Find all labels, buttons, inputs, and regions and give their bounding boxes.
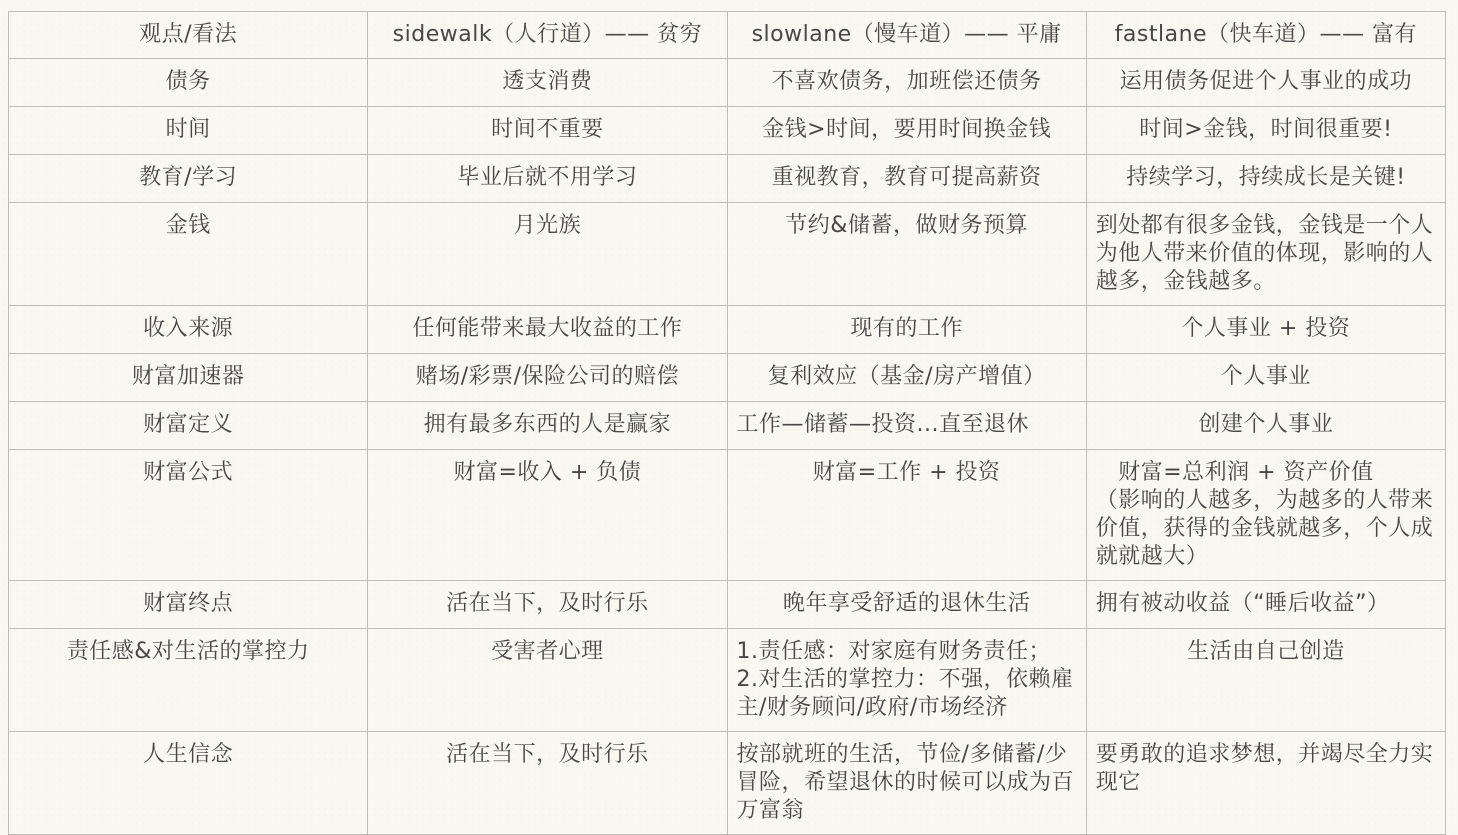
- table-cell: 毕业后就不用学习: [368, 155, 727, 203]
- table-cell: 财富=工作 + 投资: [727, 450, 1086, 581]
- topic-cell: 收入来源: [9, 306, 368, 354]
- header-row: 观点/看法sidewalk（人行道）—— 贫穷slowlane（慢车道）—— 平…: [9, 12, 1446, 59]
- topic-cell: 时间: [9, 107, 368, 155]
- wealth-mindset-comparison-table: 观点/看法sidewalk（人行道）—— 贫穷slowlane（慢车道）—— 平…: [8, 11, 1446, 832]
- table-cell: 个人事业: [1086, 354, 1445, 402]
- table-cell: 到处都有很多金钱，金钱是一个人为他人带来价值的体现，影响的人越多，金钱越多。: [1086, 203, 1445, 306]
- table-row: 财富加速器赌场/彩票/保险公司的赔偿复利效应（基金/房产增值）个人事业: [9, 354, 1446, 402]
- table-row: 收入来源任何能带来最大收益的工作现有的工作个人事业 + 投资: [9, 306, 1446, 354]
- header-cell: sidewalk（人行道）—— 贫穷: [368, 12, 727, 59]
- table-row: 债务透支消费不喜欢债务，加班偿还债务运用债务促进个人事业的成功: [9, 59, 1446, 107]
- table-cell: 活在当下，及时行乐: [368, 732, 727, 833]
- table-row: 财富定义拥有最多东西的人是赢家工作—储蓄—投资...直至退休创建个人事业: [9, 402, 1446, 450]
- table-cell: 受害者心理: [368, 629, 727, 732]
- comparison-table-container: 观点/看法sidewalk（人行道）—— 贫穷slowlane（慢车道）—— 平…: [8, 11, 1446, 832]
- table-cell: 持续学习，持续成长是关键!: [1086, 155, 1445, 203]
- table-cell: 1.责任感：对家庭有财务责任； 2.对生活的掌控力：不强，依赖雇主/财务顾问/政…: [727, 629, 1086, 732]
- table-cell: 按部就班的生活，节俭/多储蓄/少冒险，希望退休的时候可以成为百万富翁: [727, 732, 1086, 833]
- table-cell: 透支消费: [368, 59, 727, 107]
- table-cell: 财富=总利润 + 资产价值 （影响的人越多，为越多的人带来价值，获得的金钱就越多…: [1086, 450, 1445, 581]
- topic-cell: 财富终点: [9, 581, 368, 629]
- topic-cell: 债务: [9, 59, 368, 107]
- table-cell: 复利效应（基金/房产增值）: [727, 354, 1086, 402]
- header-cell: fastlane（快车道）—— 富有: [1086, 12, 1445, 59]
- topic-cell: 财富加速器: [9, 354, 368, 402]
- topic-cell: 人生信念: [9, 732, 368, 833]
- table-body: 债务透支消费不喜欢债务，加班偿还债务运用债务促进个人事业的成功时间时间不重要金钱…: [9, 59, 1446, 833]
- table-cell: 生活由自己创造: [1086, 629, 1445, 732]
- table-cell: 任何能带来最大收益的工作: [368, 306, 727, 354]
- table-row: 责任感&对生活的掌控力受害者心理1.责任感：对家庭有财务责任； 2.对生活的掌控…: [9, 629, 1446, 732]
- table-cell: 重视教育，教育可提高薪资: [727, 155, 1086, 203]
- table-cell: 运用债务促进个人事业的成功: [1086, 59, 1445, 107]
- topic-cell: 金钱: [9, 203, 368, 306]
- table-row: 财富公式财富=收入 + 负债财富=工作 + 投资 财富=总利润 + 资产价值 （…: [9, 450, 1446, 581]
- table-cell: 工作—储蓄—投资...直至退休: [727, 402, 1086, 450]
- table-cell: 要勇敢的追求梦想，并竭尽全力实现它: [1086, 732, 1445, 833]
- table-row: 财富终点活在当下，及时行乐晚年享受舒适的退休生活拥有被动收益（“睡后收益”）: [9, 581, 1446, 629]
- table-cell: 财富=收入 + 负债: [368, 450, 727, 581]
- table-cell: 不喜欢债务，加班偿还债务: [727, 59, 1086, 107]
- table-cell: 活在当下，及时行乐: [368, 581, 727, 629]
- table-row: 金钱月光族节约&储蓄，做财务预算到处都有很多金钱，金钱是一个人为他人带来价值的体…: [9, 203, 1446, 306]
- topic-cell: 责任感&对生活的掌控力: [9, 629, 368, 732]
- header-cell: 观点/看法: [9, 12, 368, 59]
- table-cell: 月光族: [368, 203, 727, 306]
- table-cell: 节约&储蓄，做财务预算: [727, 203, 1086, 306]
- table-cell: 创建个人事业: [1086, 402, 1445, 450]
- table-cell: 个人事业 + 投资: [1086, 306, 1445, 354]
- topic-cell: 财富公式: [9, 450, 368, 581]
- topic-cell: 教育/学习: [9, 155, 368, 203]
- table-cell: 时间不重要: [368, 107, 727, 155]
- table-header: 观点/看法sidewalk（人行道）—— 贫穷slowlane（慢车道）—— 平…: [9, 12, 1446, 59]
- topic-cell: 财富定义: [9, 402, 368, 450]
- table-row: 时间时间不重要金钱>时间，要用时间换金钱时间>金钱，时间很重要!: [9, 107, 1446, 155]
- table-cell: 赌场/彩票/保险公司的赔偿: [368, 354, 727, 402]
- header-cell: slowlane（慢车道）—— 平庸: [727, 12, 1086, 59]
- table-cell: 现有的工作: [727, 306, 1086, 354]
- table-cell: 拥有最多东西的人是赢家: [368, 402, 727, 450]
- table-cell: 拥有被动收益（“睡后收益”）: [1086, 581, 1445, 629]
- table-row: 人生信念活在当下，及时行乐按部就班的生活，节俭/多储蓄/少冒险，希望退休的时候可…: [9, 732, 1446, 833]
- table-cell: 金钱>时间，要用时间换金钱: [727, 107, 1086, 155]
- table-row: 教育/学习毕业后就不用学习重视教育，教育可提高薪资持续学习，持续成长是关键!: [9, 155, 1446, 203]
- table-cell: 时间>金钱，时间很重要!: [1086, 107, 1445, 155]
- table-cell: 晚年享受舒适的退休生活: [727, 581, 1086, 629]
